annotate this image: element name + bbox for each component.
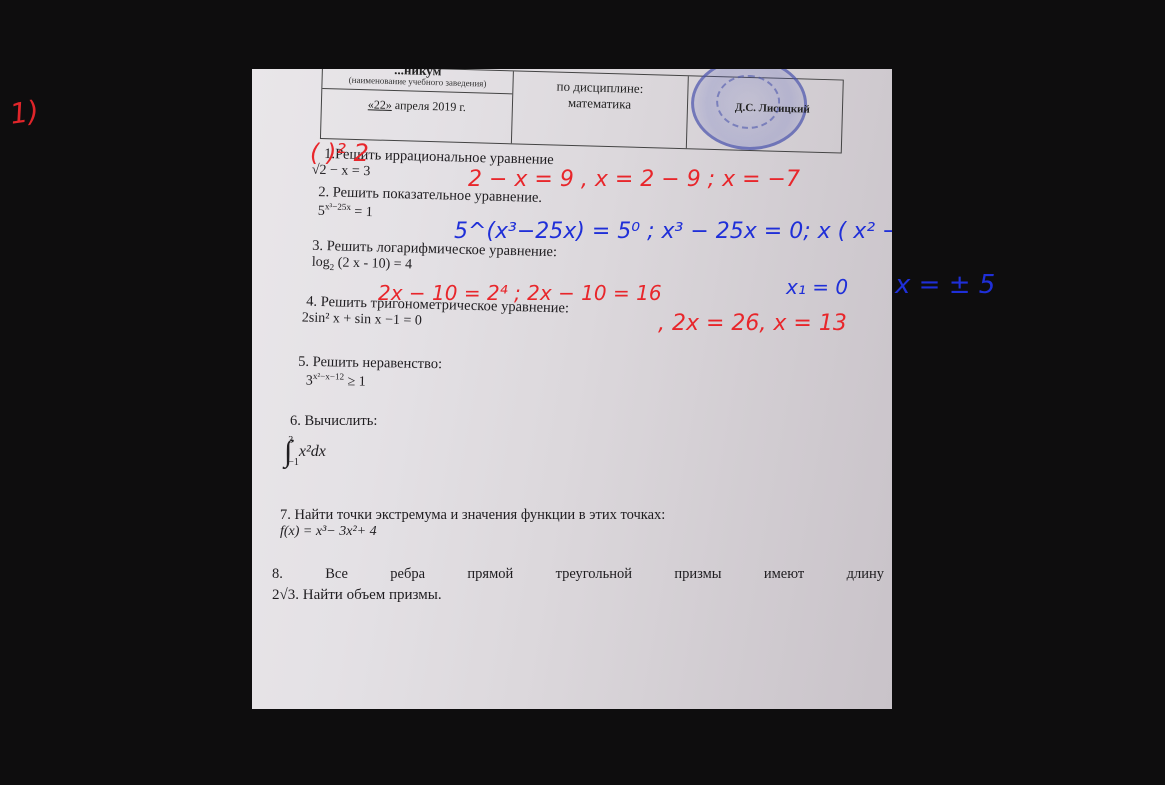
handwriting-task2-root1: x₁ = 0 xyxy=(786,275,848,299)
integral-limits: 3−1 xyxy=(288,430,299,474)
task-8-line2: 2√3. Найти объем призмы. xyxy=(272,587,884,604)
handwriting-task3-line1: 2x − 10 = 2⁴ ; 2x − 10 = 16 xyxy=(378,281,662,305)
handwriting-task1-marks: ( )² 2 xyxy=(310,139,369,167)
task-expression: 3x²−x−12 ≥ 1 xyxy=(306,371,442,392)
date: «22» апреля 2019 г. xyxy=(322,96,512,116)
task-title: Решить неравенство: xyxy=(313,354,443,372)
task-number: 2. xyxy=(318,184,329,200)
approval-cell: Д.С. Лисицкий xyxy=(686,76,843,152)
task-8: 8. Все ребра прямой треугольной призмы и… xyxy=(272,566,884,604)
task-title: Вычислить: xyxy=(305,413,378,429)
date-rest: апреля 2019 г. xyxy=(392,98,466,114)
task-number: 5. xyxy=(298,354,309,370)
exam-sheet: ...никум (наименование учебного заведени… xyxy=(252,69,892,709)
task-number: 3. xyxy=(312,238,323,254)
task-number: 7. xyxy=(280,507,291,523)
divider xyxy=(322,88,512,94)
task-6: 6. Вычислить: ∫3−1x²dx xyxy=(290,413,377,474)
task-expression: f(x) = x³− 3x²+ 4 xyxy=(280,524,665,540)
task-title: Найти точки экстремума и значения функци… xyxy=(295,507,666,523)
handwriting-task3-line2: , 2x = 26, x = 13 xyxy=(658,311,847,336)
discipline-cell: по дисциплине: математика xyxy=(511,71,689,148)
header-table: ...никум (наименование учебного заведени… xyxy=(320,69,844,154)
task-7: 7. Найти точки экстремума и значения фун… xyxy=(280,507,665,540)
margin-note: 1) xyxy=(8,94,41,131)
handwriting-task1-solution: 2 − x = 9 , x = 2 − 9 ; x = −7 xyxy=(468,167,800,192)
task-expression: ∫3−1x²dx xyxy=(284,430,377,474)
handwriting-task2-line1: 5^(x³−25x) = 5⁰ ; x³ − 25x = 0; x ( x² −… xyxy=(454,219,892,244)
task-8-line1: 8. Все ребра прямой треугольной призмы и… xyxy=(272,566,884,583)
handwriting-task2-root2: x = ± 5 xyxy=(895,270,995,300)
signer-name: Д.С. Лисицкий xyxy=(735,102,810,116)
discipline: по дисциплине: математика xyxy=(512,77,688,114)
task-number: 6. xyxy=(290,413,301,429)
date-day: «22» xyxy=(368,97,392,112)
institution-cell: ...никум (наименование учебного заведени… xyxy=(321,69,514,143)
task-5: 5. Решить неравенство: 3x²−x−12 ≥ 1 xyxy=(298,354,443,392)
task-number: 4. xyxy=(306,294,317,310)
